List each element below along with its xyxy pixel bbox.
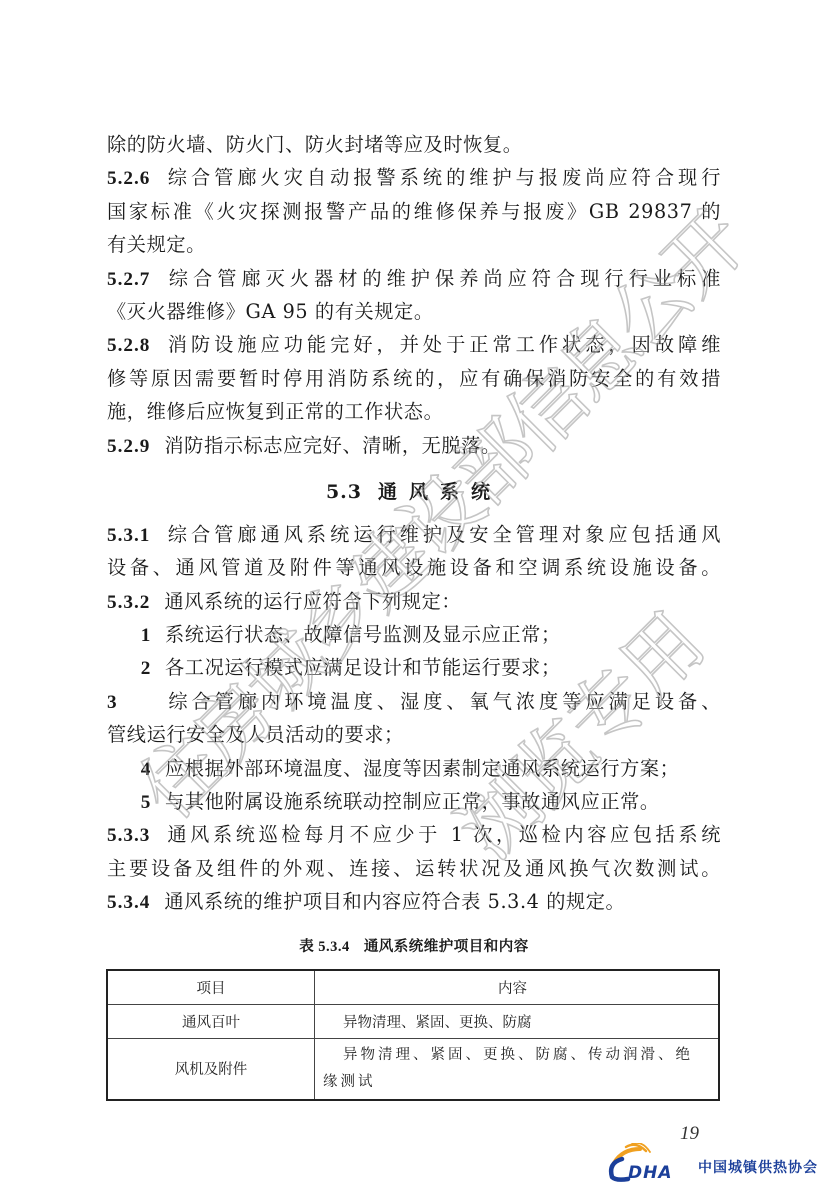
clause-number: 5.2.9 — [107, 436, 150, 457]
text-line: 《灭火器维修》GA 95 的有关规定。 — [107, 295, 721, 328]
paragraph-continuation: 除的防火墙、防火门、防火封堵等应及时恢复。 — [107, 128, 721, 161]
item-text: 应根据外部环境温度、湿度等因素制定通风系统运行方案； — [165, 757, 679, 780]
cell-item: 通风百叶 — [107, 1004, 315, 1038]
clause-text: 通风系统的运行应符合下列规定： — [164, 590, 461, 613]
clause-text: 综合管廊灭火器材的维护保养尚应符合现行行业标准 — [164, 267, 721, 290]
item-text: 各工况运行模式应满足设计和节能运行要求； — [165, 656, 561, 679]
clause-number: 5.3.2 — [107, 592, 150, 613]
clause-text: 修等原因需要暂时停用消防系统的，应有确保消防安全的有效措 — [107, 367, 721, 390]
text-line: 5.3.3通风系统巡检每月不应少于 1 次，巡检内容应包括系统 — [107, 818, 721, 851]
text-line: 5.2.6综合管廊火灾自动报警系统的维护与报废尚应符合现行 — [107, 161, 721, 194]
svg-text:DHA: DHA — [628, 1163, 673, 1183]
column-header-item: 项目 — [107, 970, 315, 1004]
text-line: 5.2.8消防设施应功能完好，并处于正常工作状态，因故障维 — [107, 328, 721, 361]
table-header-row: 项目 内容 — [107, 970, 719, 1004]
section-title: 通风系统 — [378, 481, 502, 503]
clause-5-3-1: 5.3.1综合管廊通风系统运行维护及安全管理对象应包括通风 设备、通风管道及附件… — [107, 518, 721, 585]
section-heading: 5.3通风系统 — [107, 470, 721, 514]
clause-5-2-7: 5.2.7综合管廊灭火器材的维护保养尚应符合现行行业标准 《灭火器维修》GA 9… — [107, 262, 721, 329]
item-text: 与其他附属设施系统联动控制应正常，事故通风应正常。 — [165, 790, 660, 813]
cell-content: 异物清理、紧固、更换、防腐、传动润滑、绝缘测试 — [315, 1038, 720, 1100]
text-line: 设备、通风管道及附件等通风设施设备和空调系统设施设备。 — [107, 551, 721, 584]
clause-number: 5.3.4 — [107, 892, 150, 913]
table-row: 风机及附件 异物清理、紧固、更换、防腐、传动润滑、绝缘测试 — [107, 1038, 719, 1100]
item-number: 1 — [107, 619, 151, 652]
item-text: 综合管廊内环境温度、湿度、氧气浓度等应满足设备、 — [165, 690, 721, 713]
table-caption: 表 5.3.4通风系统维护项目和内容 — [107, 935, 721, 959]
org-name: 中国城镇供热协会 — [698, 1157, 818, 1177]
clause-text: 通风系统巡检每月不应少于 1 次，巡检内容应包括系统 — [164, 823, 721, 846]
document-page: 除的防火墙、防火门、防火封堵等应及时恢复。 5.2.6综合管廊火灾自动报警系统的… — [0, 0, 827, 1198]
clause-number: 5.3.3 — [107, 825, 150, 846]
text-line: 国家标准《火灾探测报警产品的维修保养与报废》GB 29837 的 — [107, 195, 721, 228]
text-line: 5.3.1综合管廊通风系统运行维护及安全管理对象应包括通风 — [107, 518, 721, 551]
text-line: 5.2.9消防指示标志应完好、清晰，无脱落。 — [107, 429, 721, 462]
clause-text: 主要设备及组件的外观、连接、运转状况及通风换气次数测试。 — [107, 857, 721, 880]
item-number: 2 — [107, 652, 151, 685]
clause-text: 消防设施应功能完好，并处于正常工作状态，因故障维 — [164, 333, 721, 356]
clause-5-2-9: 5.2.9消防指示标志应完好、清晰，无脱落。 — [107, 429, 721, 462]
cell-item: 风机及附件 — [107, 1038, 315, 1100]
cdha-logo-icon: DHA — [606, 1143, 696, 1183]
clause-5-3-3: 5.3.3通风系统巡检每月不应少于 1 次，巡检内容应包括系统 主要设备及组件的… — [107, 818, 721, 885]
clause-number: 5.3.1 — [107, 525, 150, 546]
page-number: 19 — [680, 1123, 699, 1145]
list-item-continuation: 管线运行安全及人员活动的要求； — [107, 718, 721, 751]
text-line: 除的防火墙、防火门、防火封堵等应及时恢复。 — [107, 133, 523, 156]
list-item: 5与其他附属设施系统联动控制应正常，事故通风应正常。 — [107, 785, 721, 818]
item-text: 管线运行安全及人员活动的要求； — [107, 723, 404, 746]
clause-text: 有关规定。 — [107, 233, 206, 256]
text-line: 施，维修后应恢复到正常的工作状态。 — [107, 395, 721, 428]
maintenance-table: 项目 内容 通风百叶 异物清理、紧固、更换、防腐 风机及附件 异物清理、紧固、更… — [106, 969, 720, 1101]
clause-text: 施，维修后应恢复到正常的工作状态。 — [107, 400, 443, 423]
clause-text: 综合管廊火灾自动报警系统的维护与报废尚应符合现行 — [164, 166, 721, 189]
clause-5-3-4: 5.3.4通风系统的维护项目和内容应符合表 5.3.4 的规定。 — [107, 885, 721, 918]
column-header-content: 内容 — [315, 970, 720, 1004]
item-number: 4 — [107, 753, 151, 786]
clause-text: 综合管廊通风系统运行维护及安全管理对象应包括通风 — [164, 523, 721, 546]
text-line: 5.2.7综合管廊灭火器材的维护保养尚应符合现行行业标准 — [107, 262, 721, 295]
item-number: 3 — [107, 686, 151, 719]
text-line: 有关规定。 — [107, 228, 721, 261]
list-item: 2各工况运行模式应满足设计和节能运行要求； — [107, 651, 721, 684]
text-line: 主要设备及组件的外观、连接、运转状况及通风换气次数测试。 — [107, 852, 721, 885]
table-row: 通风百叶 异物清理、紧固、更换、防腐 — [107, 1004, 719, 1038]
clause-text: 《灭火器维修》GA 95 的有关规定。 — [107, 300, 434, 323]
text-line: 5.3.4通风系统的维护项目和内容应符合表 5.3.4 的规定。 — [107, 885, 721, 918]
clause-text: 消防指示标志应完好、清晰，无脱落。 — [164, 434, 500, 457]
clause-text: 通风系统的维护项目和内容应符合表 5.3.4 的规定。 — [164, 890, 625, 913]
item-text: 系统运行状态、故障信号监测及显示应正常； — [165, 623, 561, 646]
cell-content: 异物清理、紧固、更换、防腐 — [315, 1004, 720, 1038]
section-number: 5.3 — [326, 481, 362, 503]
clause-5-2-6: 5.2.6综合管廊火灾自动报警系统的维护与报废尚应符合现行 国家标准《火灾探测报… — [107, 161, 721, 261]
list-item: 4应根据外部环境温度、湿度等因素制定通风系统运行方案； — [107, 752, 721, 785]
clause-text: 设备、通风管道及附件等通风设施设备和空调系统设施设备。 — [107, 556, 721, 579]
clause-5-3-2: 5.3.2通风系统的运行应符合下列规定： 1系统运行状态、故障信号监测及显示应正… — [107, 585, 721, 819]
text-line: 修等原因需要暂时停用消防系统的，应有确保消防安全的有效措 — [107, 362, 721, 395]
footer-logo: DHA 中国城镇供热协会 — [606, 1143, 816, 1183]
table-number: 表 5.3.4 — [299, 939, 350, 955]
clause-number: 5.2.6 — [107, 168, 150, 189]
list-item: 3综合管廊内环境温度、湿度、氧气浓度等应满足设备、 — [107, 685, 721, 718]
table-title: 通风系统维护项目和内容 — [364, 939, 529, 955]
clause-text: 国家标准《火灾探测报警产品的维修保养与报废》GB 29837 的 — [107, 200, 721, 223]
item-number: 5 — [107, 786, 151, 819]
clause-number: 5.2.7 — [107, 269, 150, 290]
list-item: 1系统运行状态、故障信号监测及显示应正常； — [107, 618, 721, 651]
clause-number: 5.2.8 — [107, 335, 150, 356]
text-line: 5.3.2通风系统的运行应符合下列规定： — [107, 585, 721, 618]
page-content: 除的防火墙、防火门、防火封堵等应及时恢复。 5.2.6综合管廊火灾自动报警系统的… — [107, 128, 721, 959]
clause-5-2-8: 5.2.8消防设施应功能完好，并处于正常工作状态，因故障维 修等原因需要暂时停用… — [107, 328, 721, 428]
